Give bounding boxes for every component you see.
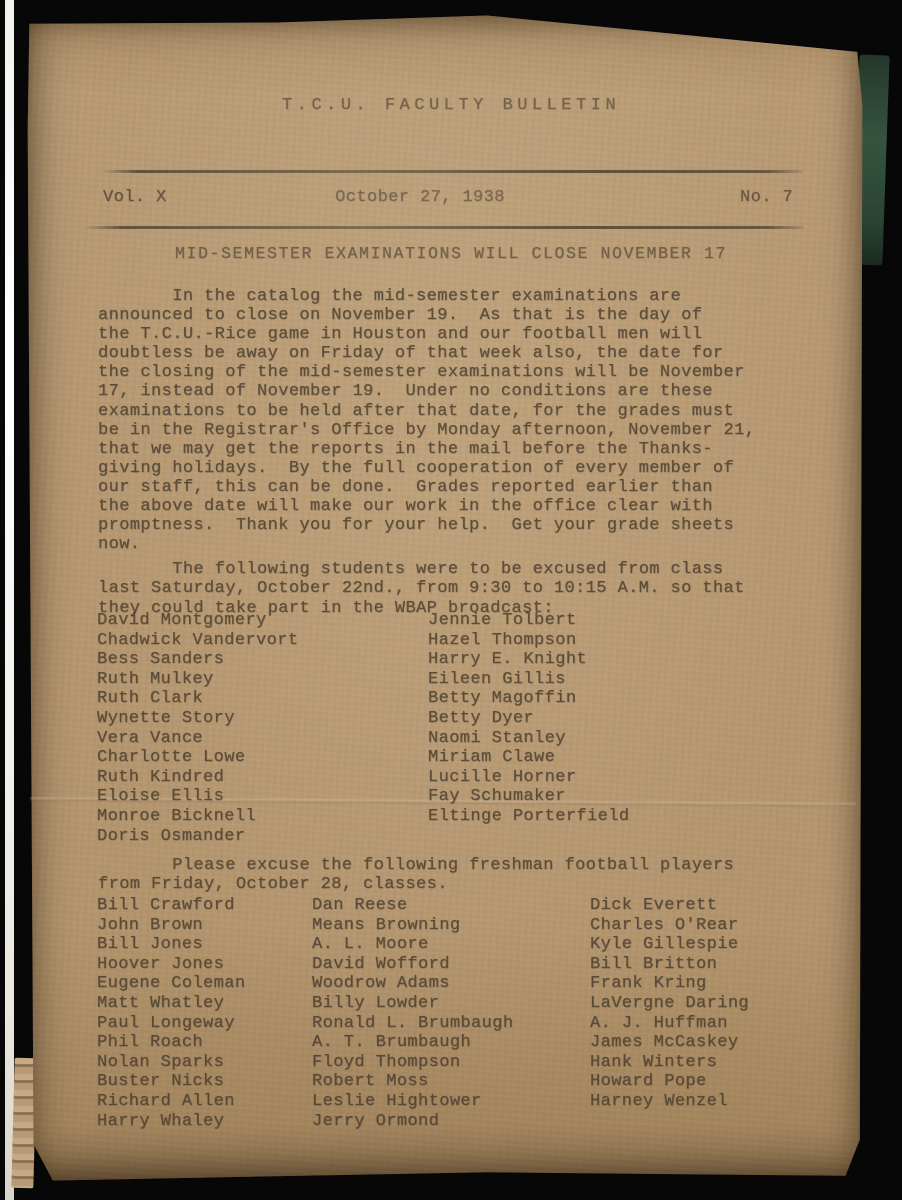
- list-item: Wynette Story: [97, 709, 298, 729]
- broadcast-intro-paragraph: The following students were to be excuse…: [98, 560, 788, 618]
- publication-title: T.C.U. FACULTY BULLETIN: [0, 96, 902, 115]
- list-item: Ronald L. Brumbaugh: [312, 1014, 513, 1034]
- stacked-page-edges: [11, 1058, 36, 1189]
- broadcast-students-left-column: David MontgomeryChadwick VandervortBess …: [97, 611, 298, 846]
- list-item: Floyd Thompson: [312, 1053, 513, 1073]
- list-item: Dan Reese: [312, 896, 513, 916]
- list-item: Naomi Stanley: [428, 729, 629, 749]
- list-item: Bess Sanders: [97, 650, 298, 670]
- list-item: Richard Allen: [97, 1092, 245, 1112]
- list-item: Leslie Hightower: [312, 1092, 513, 1112]
- list-item: A. J. Huffman: [590, 1014, 749, 1034]
- masthead-divider-top: [103, 170, 803, 173]
- list-item: Ruth Kindred: [97, 768, 298, 788]
- list-item: Harry E. Knight: [428, 650, 629, 670]
- list-item: Robert Moss: [312, 1072, 513, 1092]
- list-item: Hank Winters: [590, 1053, 749, 1073]
- list-item: David Montgomery: [97, 611, 298, 631]
- list-item: Matt Whatley: [97, 994, 245, 1014]
- list-item: Charlotte Lowe: [97, 748, 298, 768]
- football-players-column-2: Dan ReeseMeans BrowningA. L. MooreDavid …: [312, 896, 513, 1131]
- list-item: Eileen Gillis: [428, 670, 629, 690]
- list-item: Eloise Ellis: [97, 787, 298, 807]
- list-item: Eugene Coleman: [97, 974, 245, 994]
- list-item: Hoover Jones: [97, 955, 245, 975]
- list-item: Jerry Ormond: [312, 1112, 513, 1132]
- list-item: Betty Magoffin: [428, 689, 629, 709]
- list-item: Vera Vance: [97, 729, 298, 749]
- list-item: Frank Kring: [590, 974, 749, 994]
- list-item: LaVergne Daring: [590, 994, 749, 1014]
- list-item: Nolan Sparks: [97, 1053, 245, 1073]
- broadcast-students-right-column: Jennie TolbertHazel ThompsonHarry E. Kni…: [428, 611, 629, 827]
- masthead-divider-bottom: [86, 226, 804, 229]
- football-intro-paragraph: Please excuse the following freshman foo…: [98, 856, 788, 895]
- list-item: Hazel Thompson: [428, 631, 629, 651]
- article-headline: MID-SEMESTER EXAMINATIONS WILL CLOSE NOV…: [0, 244, 902, 263]
- list-item: Ruth Mulkey: [97, 670, 298, 690]
- list-item: Chadwick Vandervort: [97, 631, 298, 651]
- list-item: Jennie Tolbert: [428, 611, 629, 631]
- list-item: Buster Nicks: [97, 1072, 245, 1092]
- list-item: Billy Lowder: [312, 994, 513, 1014]
- list-item: Fay Schumaker: [428, 787, 629, 807]
- list-item: Monroe Bicknell: [97, 807, 298, 827]
- list-item: John Brown: [97, 916, 245, 936]
- list-item: David Wofford: [312, 955, 513, 975]
- list-item: Woodrow Adams: [312, 974, 513, 994]
- football-players-column-1: Bill CrawfordJohn BrownBill JonesHoover …: [97, 896, 245, 1131]
- list-item: Bill Britton: [590, 955, 749, 975]
- list-item: A. L. Moore: [312, 935, 513, 955]
- list-item: Lucille Horner: [428, 768, 629, 788]
- list-item: Betty Dyer: [428, 709, 629, 729]
- list-item: Bill Jones: [97, 935, 245, 955]
- list-item: Doris Osmander: [97, 827, 298, 847]
- football-players-column-3: Dick EverettCharles O'RearKyle Gillespie…: [590, 896, 749, 1112]
- issue-number: No. 7: [740, 188, 793, 207]
- list-item: Means Browning: [312, 916, 513, 936]
- list-item: Ruth Clark: [97, 689, 298, 709]
- list-item: A. T. Brumbaugh: [312, 1033, 513, 1053]
- list-item: Dick Everett: [590, 896, 749, 916]
- exams-paragraph: In the catalog the mid-semester examinat…: [98, 287, 788, 554]
- list-item: Phil Roach: [97, 1033, 245, 1053]
- scanned-document-view: T.C.U. FACULTY BULLETIN Vol. X October 2…: [0, 0, 902, 1200]
- list-item: Kyle Gillespie: [590, 935, 749, 955]
- list-item: Paul Longeway: [97, 1014, 245, 1034]
- list-item: Charles O'Rear: [590, 916, 749, 936]
- list-item: James McCaskey: [590, 1033, 749, 1053]
- issue-date: October 27, 1938: [0, 188, 840, 207]
- list-item: Eltinge Porterfield: [428, 807, 629, 827]
- book-binding-edge: [5, 0, 14, 1200]
- list-item: Harney Wenzel: [590, 1092, 749, 1112]
- list-item: Harry Whaley: [97, 1112, 245, 1132]
- list-item: Miriam Clawe: [428, 748, 629, 768]
- list-item: Howard Pope: [590, 1072, 749, 1092]
- list-item: Bill Crawford: [97, 896, 245, 916]
